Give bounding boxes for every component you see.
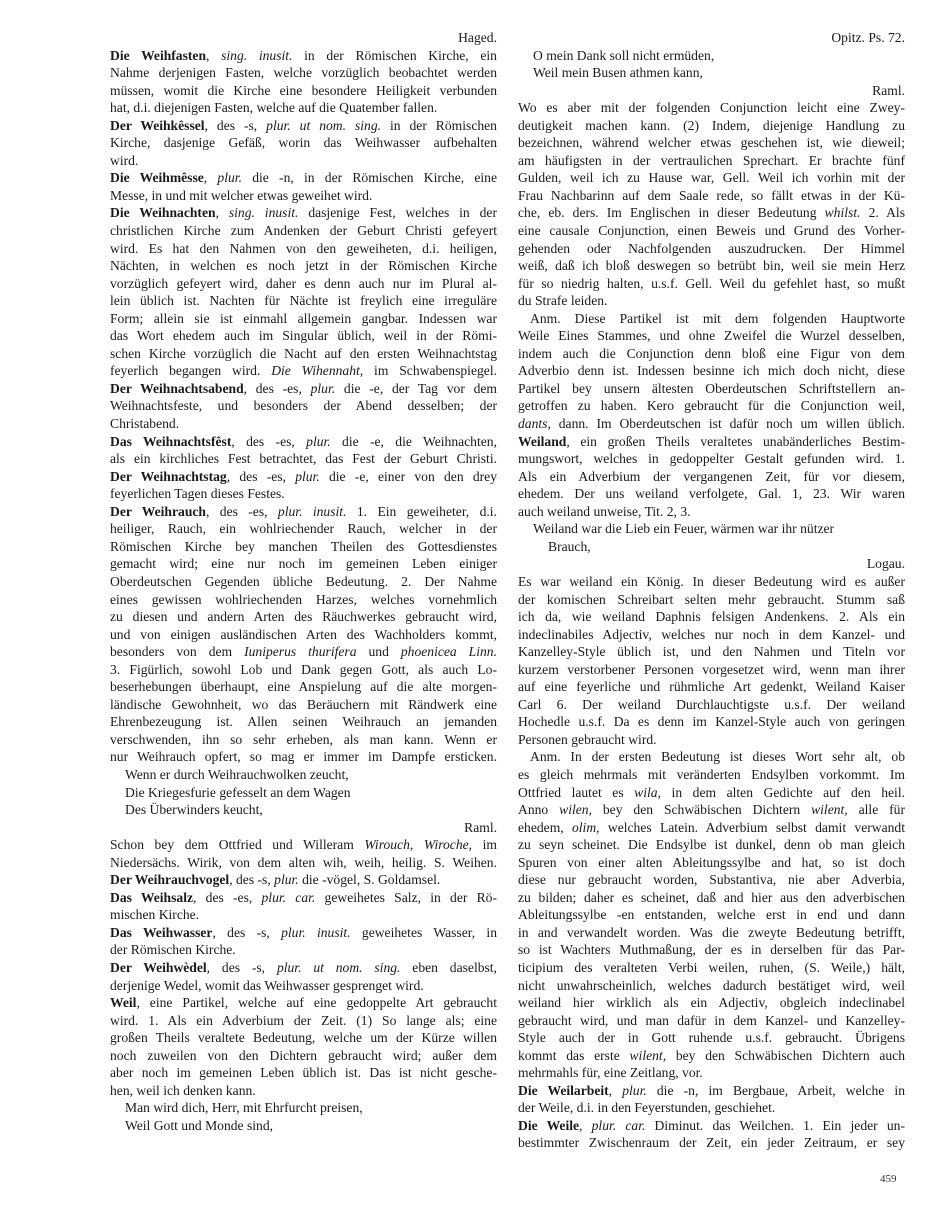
text-line: der komischen Schreibart selten mehr geb… xyxy=(518,591,905,609)
verse-line: Die Kriegesfurie gefesselt an dem Wagen xyxy=(110,784,497,802)
text-line: gehenden oder Nachfolgenden auszudrucken… xyxy=(518,240,905,258)
text-line: Weiland, ein großen Theils veraltetes un… xyxy=(518,433,905,451)
text-line: vorzüglich gefeyert wird, daher es denn … xyxy=(110,275,497,293)
text-line: zu seyn scheinet. Die Endsylbe ist dunke… xyxy=(518,836,905,854)
citation-source: Haged. xyxy=(110,29,497,47)
text-line: Carl 6. Der weiland Durchlauchtigste u.s… xyxy=(518,696,905,714)
text-line: du Strafe leiden. xyxy=(518,292,905,310)
text-line: Der Weihkêssel, des -s, plur. ut nom. si… xyxy=(110,117,497,135)
text-line: aber noch im gemeinen Leben üblich ist. … xyxy=(110,1064,497,1082)
page-number: 459 xyxy=(880,1173,897,1185)
verse-line: Brauch, xyxy=(518,538,905,556)
verse-line: O mein Dank soll nicht ermüden, xyxy=(518,47,905,65)
text-line: Personen gebraucht wird. xyxy=(518,731,905,749)
text-line: Es war weiland ein König. In dieser Bede… xyxy=(518,573,905,591)
text-line: mischen Kirche. xyxy=(110,906,497,924)
text-line: Römischen Kirche bey manchen Theilen des… xyxy=(110,538,497,556)
text-line: beserhebungen überhaupt, eine Anspielung… xyxy=(110,678,497,696)
text-line: müssen, womit die Kirche eine besondere … xyxy=(110,82,497,100)
text-line: nur Weihrauch opfert, so mag er immer im… xyxy=(110,748,497,766)
text-line: als ein kirchliches Fest betrachtet, das… xyxy=(110,450,497,468)
text-line: lein üblich ist. Nachten für Nächte ist … xyxy=(110,292,497,310)
text-line: Die Weile, plur. car. Diminut. das Weilc… xyxy=(518,1117,905,1135)
text-line: Weil, eine Partikel, welche auf eine ged… xyxy=(110,994,497,1012)
text-line: eines gewissen wohlriechenden Harzes, we… xyxy=(110,591,497,609)
text-line: Der Weihwèdel, des -s, plur. ut nom. sin… xyxy=(110,959,497,977)
text-line: Ableitungssylbe -en entstanden, welche e… xyxy=(518,906,905,924)
text-line: Weihnachtsfeste, und besonders der Abend… xyxy=(110,397,497,415)
text-line: deutigkeit machen kann. (2) Indem, dieje… xyxy=(518,117,905,135)
text-line: und von einigen ausländischen Arten des … xyxy=(110,626,497,644)
text-line: hat, d.i. diejenigen Fasten, welche auf … xyxy=(110,99,497,117)
verse-line: Weil mein Busen athmen kann, xyxy=(518,64,905,82)
text-line: hen, weil ich denken kann. xyxy=(110,1082,497,1100)
text-line: Das Weihnachtsfêst, des -es, plur. die -… xyxy=(110,433,497,451)
text-line: Form; allein sie ist einmahl allgemein g… xyxy=(110,310,497,328)
text-line: feyerlich begangen wird. Die Wihennaht, … xyxy=(110,362,497,380)
text-line: Kanzelley-Style üblich ist, und den Nahm… xyxy=(518,643,905,661)
text-line: derjenige Wedel, womit das Weihwasser ge… xyxy=(110,977,497,995)
text-line: Christabend. xyxy=(110,415,497,433)
verse-line: Des Überwinders keucht, xyxy=(110,801,497,819)
citation-source: Raml. xyxy=(110,819,497,837)
text-line: diese nur gebraucht worden, Substantiva,… xyxy=(518,871,905,889)
text-line: Der Weihnachtstag, des -es, plur. die -e… xyxy=(110,468,497,486)
text-line: Als ein Adverbium der vergangenen Zeit, … xyxy=(518,468,905,486)
text-line: bezeichnen, während welcher etwas gesche… xyxy=(518,134,905,152)
text-line: Hochedle u.s.f. Da es denn im Kanzel-Sty… xyxy=(518,713,905,731)
text-line: Nahme derjenigen Fasten, welche vorzügli… xyxy=(110,64,497,82)
text-line: Ehrenbezeugung ist. Allen seinen Weihrau… xyxy=(110,713,497,731)
text-line: Schon bey dem Ottfried und Willeram Wiro… xyxy=(110,836,497,854)
text-line: heiliger, Rauch, ein wohlriechender Rauc… xyxy=(110,520,497,538)
text-line: Wo es aber mit der folgenden Conjunction… xyxy=(518,99,905,117)
text-line: Messe, in und mit welcher etwas geweihet… xyxy=(110,187,497,205)
text-line: Frau Nachbarinn auf dem Saale rede, so f… xyxy=(518,187,905,205)
text-line: gebraucht wird, und man dafür in dem Kan… xyxy=(518,1012,905,1030)
text-line: Anm. Diese Partikel ist mit dem folgende… xyxy=(518,310,905,328)
left-column: Haged.Die Weihfasten, sing. inusit. in d… xyxy=(110,29,497,1134)
text-line: Spuren von einer alten Ableitungssylbe a… xyxy=(518,854,905,872)
text-line: eine causale Conjunction, einen Beweis u… xyxy=(518,222,905,240)
text-line: zu bilden; daher es scheinet, daß and hi… xyxy=(518,889,905,907)
text-line: ticipium des veralteten Verbi weilen, ru… xyxy=(518,959,905,977)
text-line: dants, dann. Im Oberdeutschen ist dafür … xyxy=(518,415,905,433)
text-line: Der Weihrauch, des -es, plur. inusit. 1.… xyxy=(110,503,497,521)
text-line: weiß, daß ich bloß deswegen so betrübt b… xyxy=(518,257,905,275)
citation-source: Logau. xyxy=(518,555,905,573)
text-line: christlichen Kirche zum Andenken der Geb… xyxy=(110,222,497,240)
text-line: noch zuweilen von den Dichtern gebraucht… xyxy=(110,1047,497,1065)
text-line: auch weiland unweise, Tit. 2, 3. xyxy=(518,503,905,521)
text-line: auf eine feyerliche und rühmliche Art ge… xyxy=(518,678,905,696)
text-line: großen Theils veraltete Bedeutung, welch… xyxy=(110,1029,497,1047)
text-line: Nächten, in welchen es noch jetzt in der… xyxy=(110,257,497,275)
citation-source: Raml. xyxy=(518,82,905,100)
text-line: Partikel bey unsern ältesten Oberdeutsch… xyxy=(518,380,905,398)
text-line: weiland hier wirklich als ein Adjectiv, … xyxy=(518,994,905,1012)
text-line: feyerlichen Tagen dieses Festes. xyxy=(110,485,497,503)
text-line: Die Weihnachten, sing. inusit. dasjenige… xyxy=(110,204,497,222)
text-line: indem auch die Conjunction denn bloß ein… xyxy=(518,345,905,363)
text-line: Die Weihmêsse, plur. die -n, in der Römi… xyxy=(110,169,497,187)
text-line: es gleich mehrmals mit veränderten Endsy… xyxy=(518,766,905,784)
text-line: getroffen zu haben. Kero gebraucht für d… xyxy=(518,397,905,415)
text-line: Das Weihsalz, des -es, plur. car. geweih… xyxy=(110,889,497,907)
text-line: 3. Figürlich, sowohl Lob und Dank gegen … xyxy=(110,661,497,679)
right-column: Opitz. Ps. 72.O mein Dank soll nicht erm… xyxy=(518,29,905,1152)
text-line: der Römischen Kirche. xyxy=(110,941,497,959)
text-line: so ist Wachters Muthmaßung, der es in de… xyxy=(518,941,905,959)
text-line: gemacht wird; eine nur noch im gemeinen … xyxy=(110,555,497,573)
text-line: ehedem. Der uns weiland verfolgete, Gal.… xyxy=(518,485,905,503)
verse-line: Weil Gott und Monde sind, xyxy=(110,1117,497,1135)
text-line: zu diesen und andern Arten des Räuchwerk… xyxy=(110,608,497,626)
text-line: am häufigsten in der vertraulichen Sprec… xyxy=(518,152,905,170)
text-line: ehedem, olim, welches Latein. Adverbium … xyxy=(518,819,905,837)
text-line: mehrmahls für, eine Zeitlang, vor. xyxy=(518,1064,905,1082)
text-line: Anno wilen, bey den Schwäbischen Dichter… xyxy=(518,801,905,819)
text-line: che, eb. ders. Im Englischen in dieser B… xyxy=(518,204,905,222)
text-line: der Weile, d.i. in den Feyerstunden, ges… xyxy=(518,1099,905,1117)
text-line: besonders von dem Iuniperus thurifera un… xyxy=(110,643,497,661)
text-line: ich da, wie weiland Daphnis felsigen And… xyxy=(518,608,905,626)
text-line: Oberdeutschen Gegenden übliche Bedeutung… xyxy=(110,573,497,591)
text-line: schen Kirche vorzüglich die Nacht auf de… xyxy=(110,345,497,363)
text-line: bestimmter Zwischenraum der Zeit, ein je… xyxy=(518,1134,905,1152)
text-line: Der Weihrauchvogel, des -s, plur. die -v… xyxy=(110,871,497,889)
text-line: kommt das erste wilent, bey den Schwäbis… xyxy=(518,1047,905,1065)
text-line: nicht unwahrscheinlich, welches dadurch … xyxy=(518,977,905,995)
text-line: Niedersächs. Wirik, von dem alten wih, w… xyxy=(110,854,497,872)
text-line: wird. 1. Als ein Adverbium der Zeit. (1)… xyxy=(110,1012,497,1030)
text-line: Der Weihnachtsabend, des -es, plur. die … xyxy=(110,380,497,398)
verse-line: Weiland war die Lieb ein Feuer, wärmen w… xyxy=(518,520,905,538)
citation-source: Opitz. Ps. 72. xyxy=(518,29,905,47)
text-line: Das Weihwasser, des -s, plur. inusit. ge… xyxy=(110,924,497,942)
text-line: Die Weihfasten, sing. inusit. in der Röm… xyxy=(110,47,497,65)
text-line: Style auch der in Gott ruhende u.s.f. ge… xyxy=(518,1029,905,1047)
text-line: kurzem verstorbener Personen vorgesetzet… xyxy=(518,661,905,679)
text-line: Gulden, weil ich zu Hause war, Gell. Wei… xyxy=(518,169,905,187)
text-line: verschwenden, ihn so sehr erheben, als m… xyxy=(110,731,497,749)
verse-line: Wenn er durch Weihrauchwolken zeucht, xyxy=(110,766,497,784)
text-line: ländische Gewohnheit, wo das Beräuchern … xyxy=(110,696,497,714)
text-line: Ottfried lautet es wila, in dem alten Ge… xyxy=(518,784,905,802)
text-line: Adverbio denn ist. Indessen besinne ich … xyxy=(518,362,905,380)
text-line: Weile Eines Stammes, und ohne Zweifel di… xyxy=(518,327,905,345)
verse-line: Man wird dich, Herr, mit Ehrfurcht preis… xyxy=(110,1099,497,1117)
text-line: das Wort ehedem auch im Singular üblich,… xyxy=(110,327,497,345)
text-line: mungswort, welches in gedoppelter Gestal… xyxy=(518,450,905,468)
text-line: Anm. In der ersten Bedeutung ist dieses … xyxy=(518,748,905,766)
text-line: indeclinabiles Adjectiv, welches nur noc… xyxy=(518,626,905,644)
text-line: wird. Es hat den Nahmen von den geweihet… xyxy=(110,240,497,258)
text-line: Die Weilarbeit, plur. die -n, im Bergbau… xyxy=(518,1082,905,1100)
text-line: für so niedrig halten, u.s.f. Gell. Weil… xyxy=(518,275,905,293)
text-line: Kirche, dasjenige Gefäß, worin das Weihw… xyxy=(110,134,497,152)
text-line: wird. xyxy=(110,152,497,170)
text-line: in and verwandelt worden. Was die zweyte… xyxy=(518,924,905,942)
